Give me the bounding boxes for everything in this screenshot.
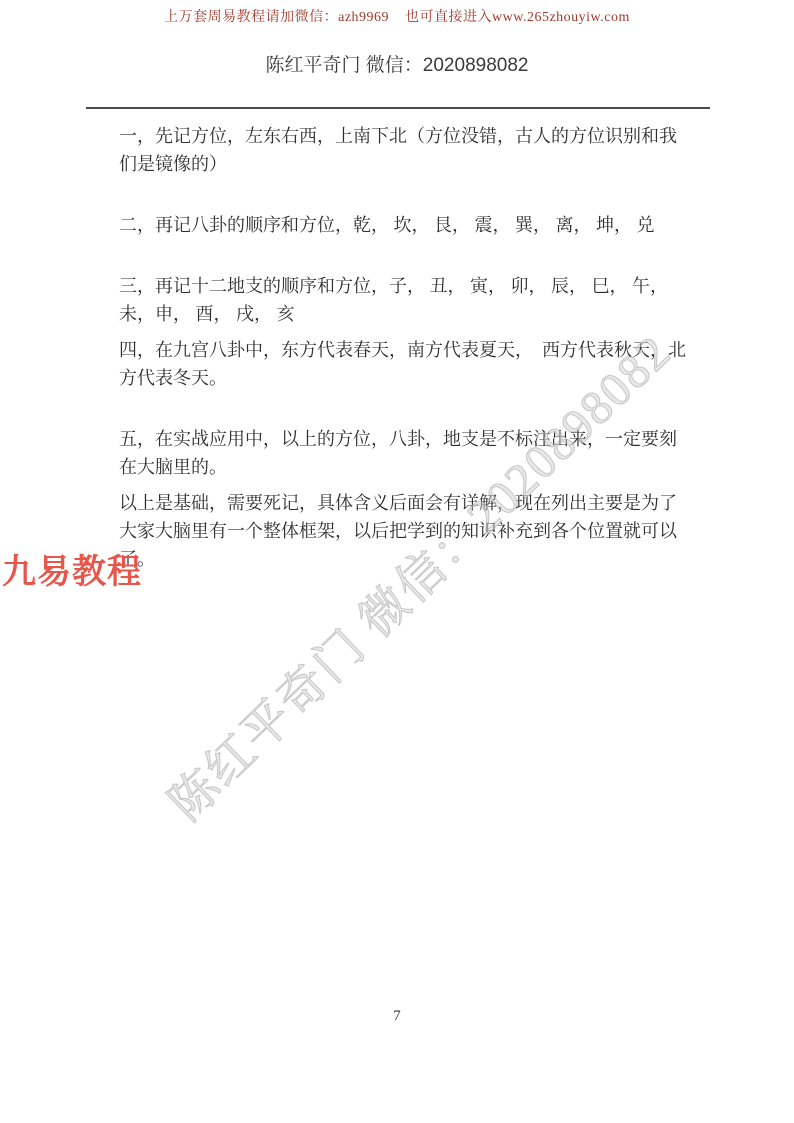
paragraph-1: 一，先记方位，左东右西，上南下北（方位没错，古人的方位识别和我们是镜像的） [119,122,689,178]
brand-stamp: 九易教程 [2,544,142,593]
paragraph-3: 三，再记十二地支的顺序和方位，子， 丑， 寅， 卯， 辰， 巳， 午， 未，申，… [119,272,689,328]
paragraph-4: 四，在九宫八卦中，东方代表春天，南方代表夏天， 西方代表秋天，北方代表冬天。 [119,336,689,392]
paragraph-6: 以上是基础，需要死记，具体含义后面会有详解，现在列出主要是为了大家大脑里有一个整… [119,489,689,573]
document-body: 一，先记方位，左东右西，上南下北（方位没错，古人的方位识别和我们是镜像的） 二，… [119,122,689,581]
paragraph-2: 二，再记八卦的顺序和方位，乾， 坎， 艮， 震， 巽， 离， 坤， 兑 [119,211,689,239]
document-title: 陈红平奇门 微信：2020898082 [0,50,794,77]
horizontal-rule [86,107,710,109]
page-number: 7 [0,1008,794,1025]
promo-header-text: 上万套周易教程请加微信：azh9969 也可直接进入www.265zhouyiw… [0,6,794,26]
document-page: 上万套周易教程请加微信：azh9969 也可直接进入www.265zhouyiw… [0,0,794,1123]
paragraph-5: 五，在实战应用中，以上的方位，八卦，地支是不标注出来，一定要刻在大脑里的。 [119,425,689,481]
